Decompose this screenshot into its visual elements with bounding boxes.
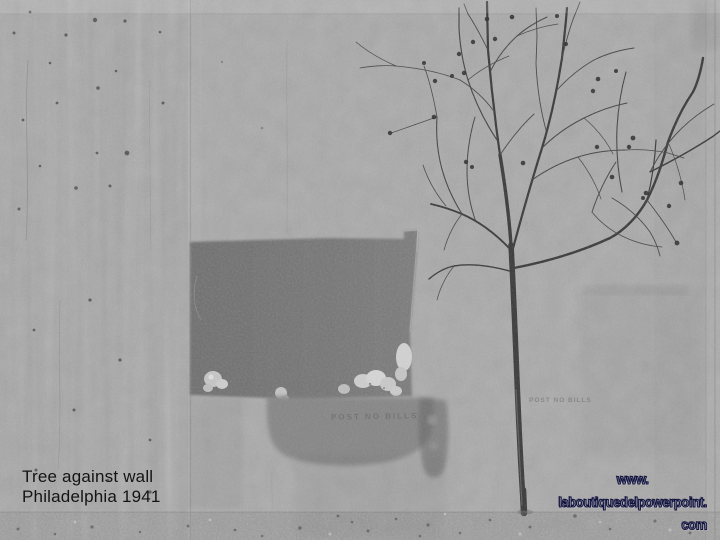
watermark-line-site: laboutiquedelpowerpoint.: [558, 491, 707, 514]
caption-title: Tree against wall: [22, 467, 161, 487]
watermark-line-www: www.: [558, 468, 707, 491]
watermark: www. laboutiquedelpowerpoint. com: [558, 468, 707, 536]
presentation-slide: POST NO BILLS POST NO BILLS Tree against…: [0, 0, 720, 540]
photo-caption: Tree against wall Philadelphia 1941: [22, 467, 161, 507]
faint-stencil-text-wall: POST NO BILLS: [331, 411, 418, 422]
photo-tree-against-wall: [0, 0, 720, 540]
caption-location-year: Philadelphia 1941: [22, 487, 161, 507]
concrete-wall: [0, 0, 720, 540]
faint-stencil-text-trunk: POST NO BILLS: [529, 397, 592, 404]
watermark-line-com: com: [558, 513, 707, 536]
